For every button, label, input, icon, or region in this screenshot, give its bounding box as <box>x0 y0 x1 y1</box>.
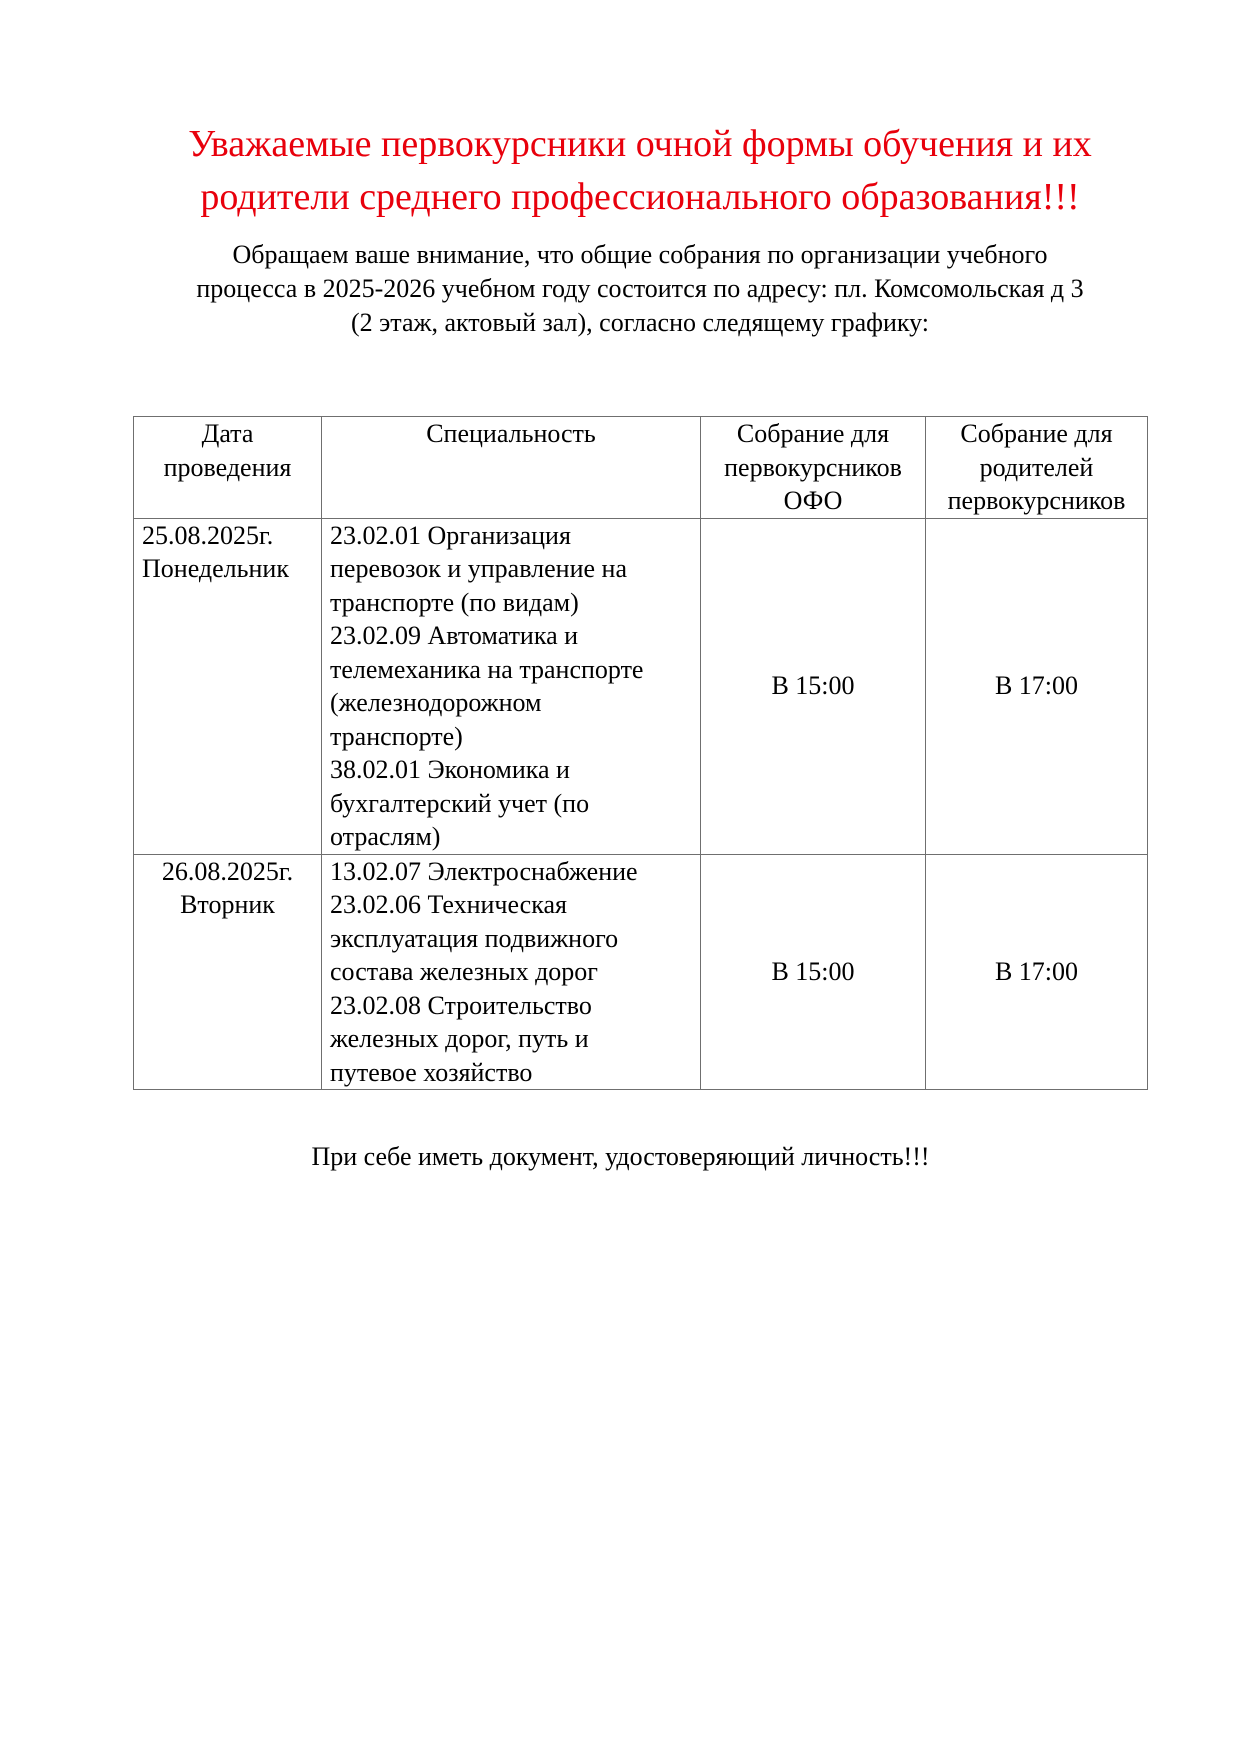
header-parents-line: первокурсников <box>934 484 1139 518</box>
cell-parents-time: В 17:00 <box>926 854 1148 1090</box>
page-title: Уважаемые первокурсники очной формы обуч… <box>0 118 1241 224</box>
header-parents-line: Собрание для <box>934 417 1139 451</box>
cell-date: 26.08.2025г. Вторник <box>134 854 322 1090</box>
cell-specialties: 13.02.07 Электроснабжение 23.02.06 Техни… <box>322 854 701 1090</box>
specialty-line: бухгалтерский учет (по <box>330 787 692 821</box>
specialty-line: (железнодорожном <box>330 686 692 720</box>
weekday-value: Понедельник <box>142 552 313 586</box>
header-parents-meeting: Собрание для родителей первокурсников <box>926 417 1148 519</box>
header-date: Дата проведения <box>134 417 322 519</box>
header-parents-line: родителей <box>934 451 1139 485</box>
cell-students-time: В 15:00 <box>701 854 926 1090</box>
cell-students-time: В 15:00 <box>701 518 926 854</box>
specialty-line: эксплуатация подвижного <box>330 922 692 956</box>
title-line-2: родители среднего профессионального обра… <box>0 171 1241 224</box>
header-specialty: Специальность <box>322 417 701 519</box>
date-value: 25.08.2025г. <box>142 519 313 553</box>
intro-line-1: Обращаем ваше внимание, что общие собран… <box>130 238 1150 272</box>
header-students-line: Собрание для <box>709 417 917 451</box>
specialty-line: 38.02.01 Экономика и <box>330 753 692 787</box>
weekday-value: Вторник <box>142 888 313 922</box>
specialty-line: железных дорог, путь и <box>330 1022 692 1056</box>
intro-line-3: (2 этаж, актовый зал), согласно следящем… <box>130 306 1150 340</box>
date-value: 26.08.2025г. <box>142 855 313 889</box>
id-document-note: При себе иметь документ, удостоверяющий … <box>0 1140 1241 1174</box>
cell-parents-time: В 17:00 <box>926 518 1148 854</box>
table-header-row: Дата проведения Специальность Собрание д… <box>134 417 1148 519</box>
specialty-line: отраслям) <box>330 820 692 854</box>
header-students-line: первокурсников <box>709 451 917 485</box>
specialty-line: перевозок и управление на <box>330 552 692 586</box>
intro-paragraph: Обращаем ваше внимание, что общие собран… <box>130 238 1150 340</box>
cell-date: 25.08.2025г. Понедельник <box>134 518 322 854</box>
specialty-line: 23.02.01 Организация <box>330 519 692 553</box>
specialty-line: 23.02.06 Техническая <box>330 888 692 922</box>
header-date-line: проведения <box>142 451 313 485</box>
specialty-line: путевое хозяйство <box>330 1056 692 1090</box>
intro-line-2: процесса в 2025-2026 учебном году состои… <box>130 272 1150 306</box>
specialty-line: 13.02.07 Электроснабжение <box>330 855 692 889</box>
header-students-line: ОФО <box>709 484 917 518</box>
header-date-line: Дата <box>142 417 313 451</box>
specialty-line: транспорте) <box>330 720 692 754</box>
cell-specialties: 23.02.01 Организация перевозок и управле… <box>322 518 701 854</box>
header-students-meeting: Собрание для первокурсников ОФО <box>701 417 926 519</box>
specialty-line: состава железных дорог <box>330 955 692 989</box>
title-line-1: Уважаемые первокурсники очной формы обуч… <box>0 118 1241 171</box>
specialty-line: телемеханика на транспорте <box>330 653 692 687</box>
specialty-line: 23.02.09 Автоматика и <box>330 619 692 653</box>
table-row: 25.08.2025г. Понедельник 23.02.01 Органи… <box>134 518 1148 854</box>
specialty-line: 23.02.08 Строительство <box>330 989 692 1023</box>
specialty-line: транспорте (по видам) <box>330 586 692 620</box>
table-row: 26.08.2025г. Вторник 13.02.07 Электросна… <box>134 854 1148 1090</box>
schedule-table: Дата проведения Специальность Собрание д… <box>133 416 1148 1090</box>
